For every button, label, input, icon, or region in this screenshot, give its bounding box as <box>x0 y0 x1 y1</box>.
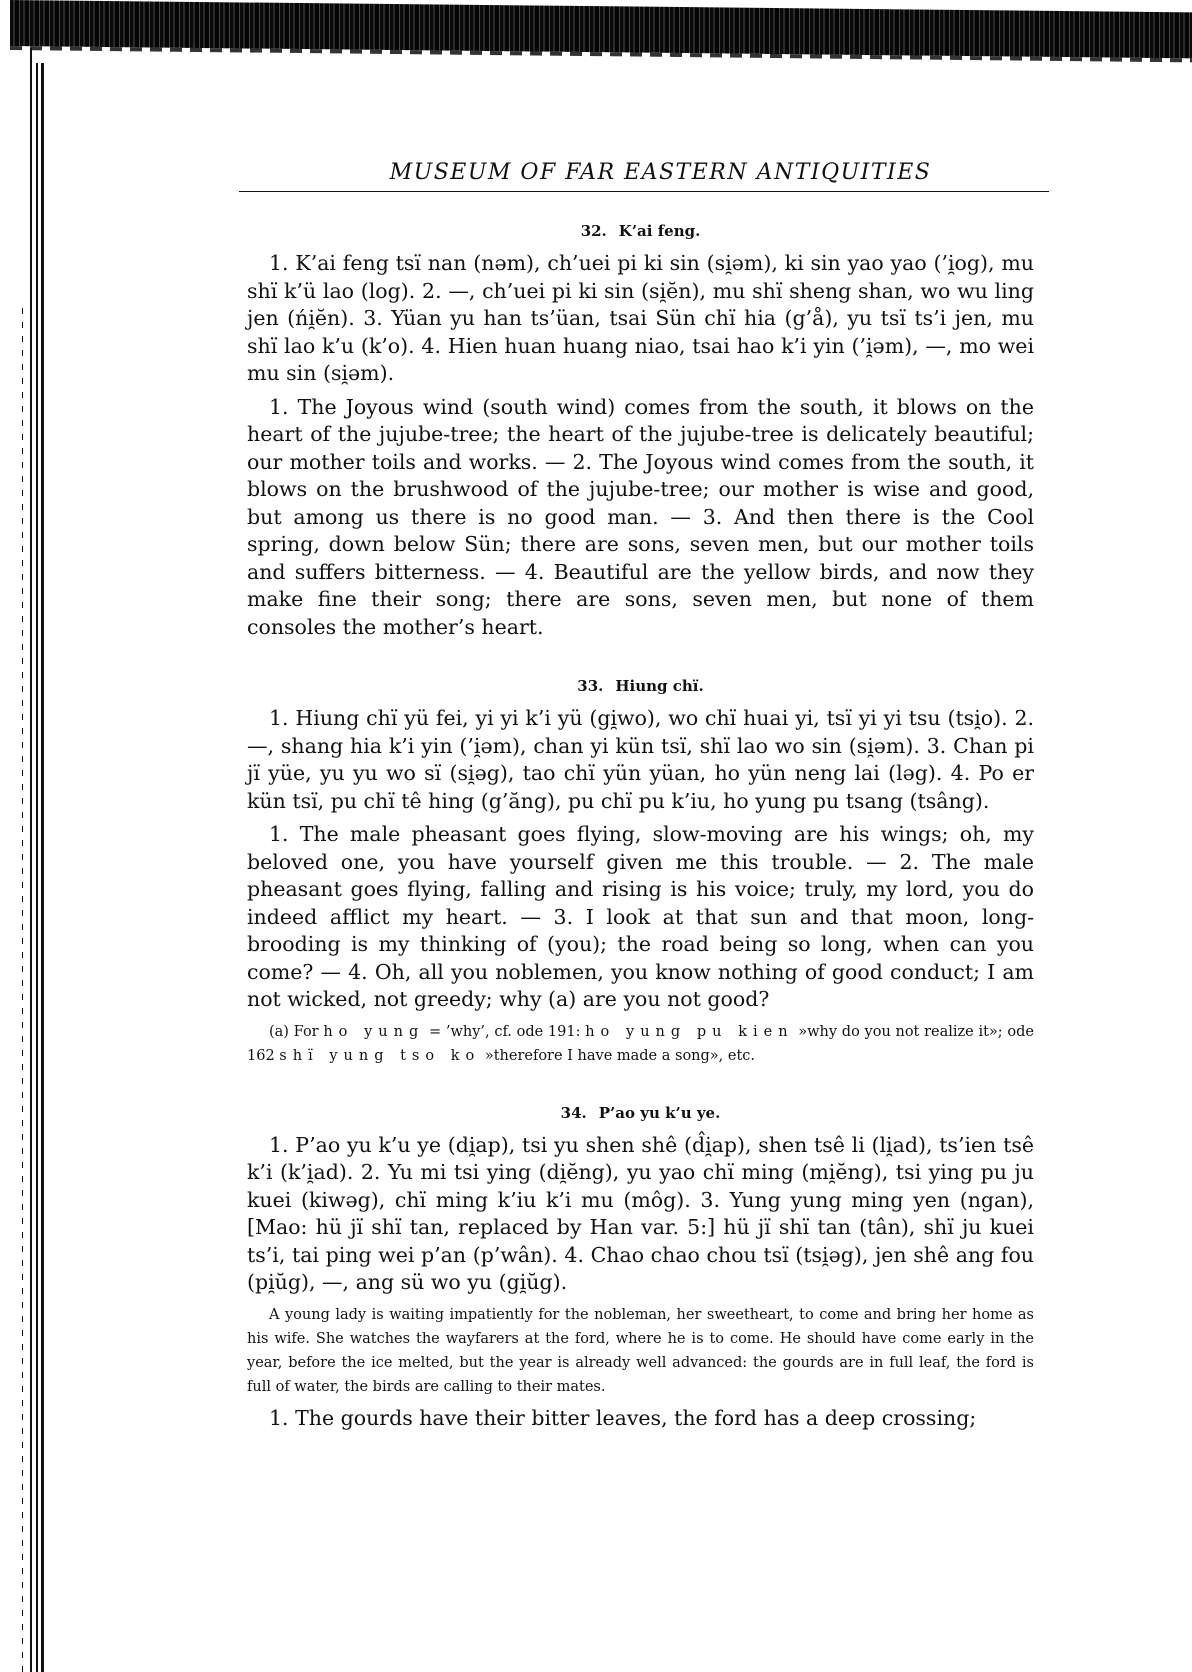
scan-edge-shadow <box>10 0 1192 58</box>
ode-34: 34.P’ao yu k’u ye. 1. P’ao yu k’u ye (di… <box>247 1104 1034 1433</box>
ode-name: P’ao yu k’u ye. <box>599 1104 721 1122</box>
footnote: (a) For ho yung = ’why’, cf. ode 191: ho… <box>247 1020 1034 1068</box>
transliteration: 1. P’ao yu k’u ye (di̯ap), tsi yu shen s… <box>247 1132 1034 1297</box>
ode-title: 33.Hiung chï. <box>247 677 1034 695</box>
footnote-term: ho yung pu kien <box>585 1024 793 1040</box>
translation: 1. The male pheasant goes flying, slow-m… <box>247 821 1034 1014</box>
ode-32: 32.K’ai feng. 1. K’ai feng tsï nan (nəm)… <box>247 222 1034 641</box>
book-page: MUSEUM OF FAR EASTERN ANTIQUITIES 32.K’a… <box>247 160 1034 1432</box>
translation: 1. The Joyous wind (south wind) comes fr… <box>247 394 1034 642</box>
ode-number: 34. <box>561 1104 587 1122</box>
ode-title: 34.P’ao yu k’u ye. <box>247 1104 1034 1122</box>
footnote-term: shï yung tso ko <box>279 1048 480 1064</box>
footnote-prefix: (a) For <box>269 1024 319 1040</box>
ode-name: Hiung chï. <box>615 677 703 695</box>
running-head: MUSEUM OF FAR EASTERN ANTIQUITIES <box>247 160 1034 185</box>
footnote-text: = ’why’, cf. ode 191: <box>429 1024 581 1040</box>
header-rule <box>239 191 1049 192</box>
transliteration: 1. Hiung chï yü fei, yi yi k’i yü (gi̯wo… <box>247 705 1034 815</box>
ode-33: 33.Hiung chï. 1. Hiung chï yü fei, yi yi… <box>247 677 1034 1068</box>
book-binding-edge <box>20 48 50 1672</box>
translation: 1. The gourds have their bitter leaves, … <box>247 1405 1034 1433</box>
ode-name: K’ai feng. <box>619 222 701 240</box>
ode-title: 32.K’ai feng. <box>247 222 1034 240</box>
summary: A young lady is waiting impatiently for … <box>247 1303 1034 1399</box>
ode-number: 32. <box>581 222 607 240</box>
ode-number: 33. <box>577 677 603 695</box>
footnote-term: ho yung <box>323 1024 424 1040</box>
footnote-text: »therefore I have made a song», etc. <box>485 1048 755 1064</box>
transliteration: 1. K’ai feng tsï nan (nəm), ch’uei pi ki… <box>247 250 1034 388</box>
